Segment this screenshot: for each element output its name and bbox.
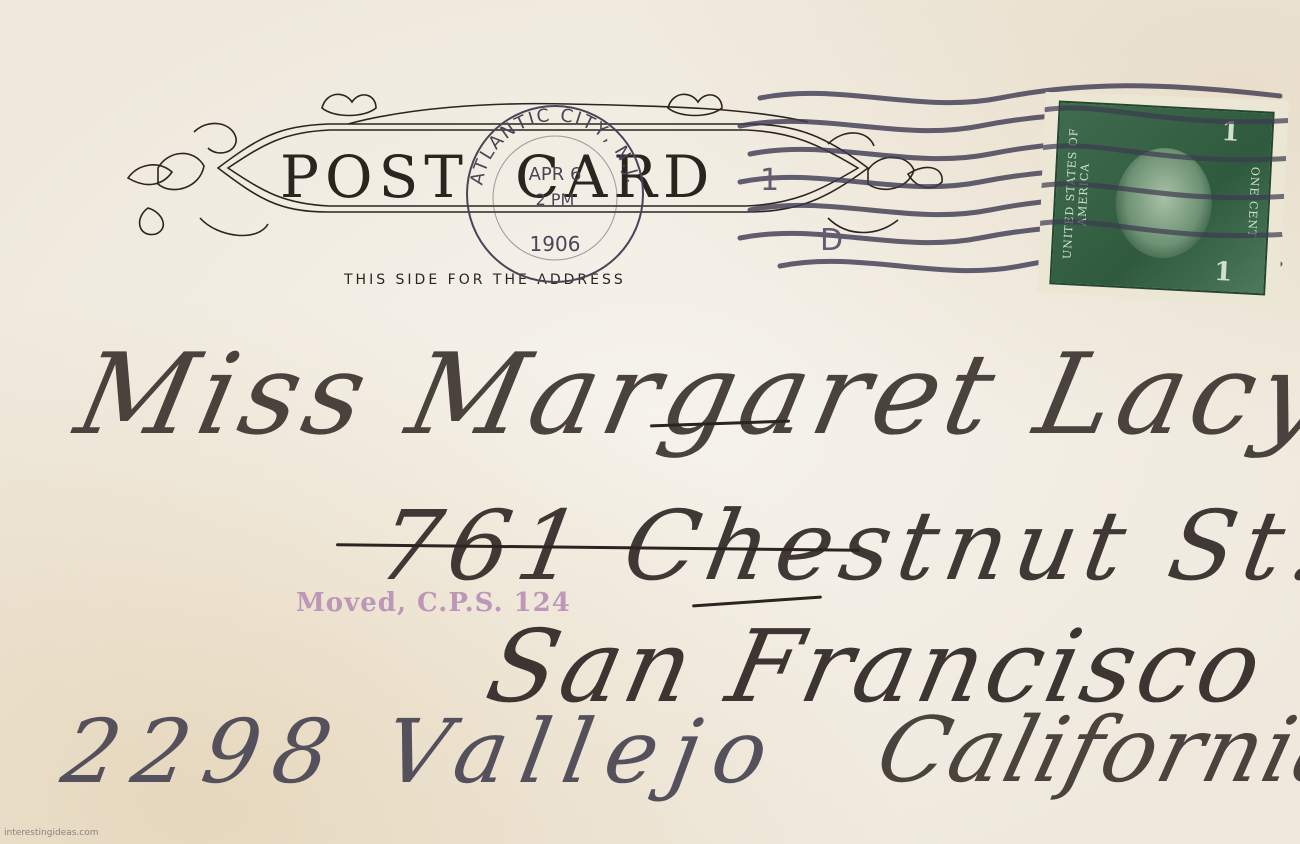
postmark-date: APR 6 xyxy=(462,164,648,185)
postmark-time: 2 PM xyxy=(462,190,648,209)
state: California xyxy=(867,698,1300,803)
moved-rubber-stamp: Moved, C.P.S. 124 xyxy=(296,588,571,618)
cancel-mark-d: D xyxy=(820,223,843,258)
recipient-name: Miss Margaret Lacy xyxy=(66,330,1300,460)
postmark-year: 1906 xyxy=(462,232,648,256)
watermark: interestingideas.com xyxy=(4,828,98,838)
postmark: ATLANTIC CITY, N.J. APR 6 2 PM 1906 xyxy=(462,94,648,294)
postcard-back: POSTCARD THIS SIDE FOR THE ADDRESS ATLAN… xyxy=(0,0,1300,844)
title-word-post: POST xyxy=(280,143,469,211)
forwarding-address: 2298 Vallejo xyxy=(55,700,790,803)
cancel-mark-1: 1 xyxy=(760,163,779,198)
postage-stamp: UNITED STATES OF AMERICA ONE CENT 1 1 xyxy=(1035,88,1290,308)
stamp-cancel-lines-icon xyxy=(1035,88,1290,308)
